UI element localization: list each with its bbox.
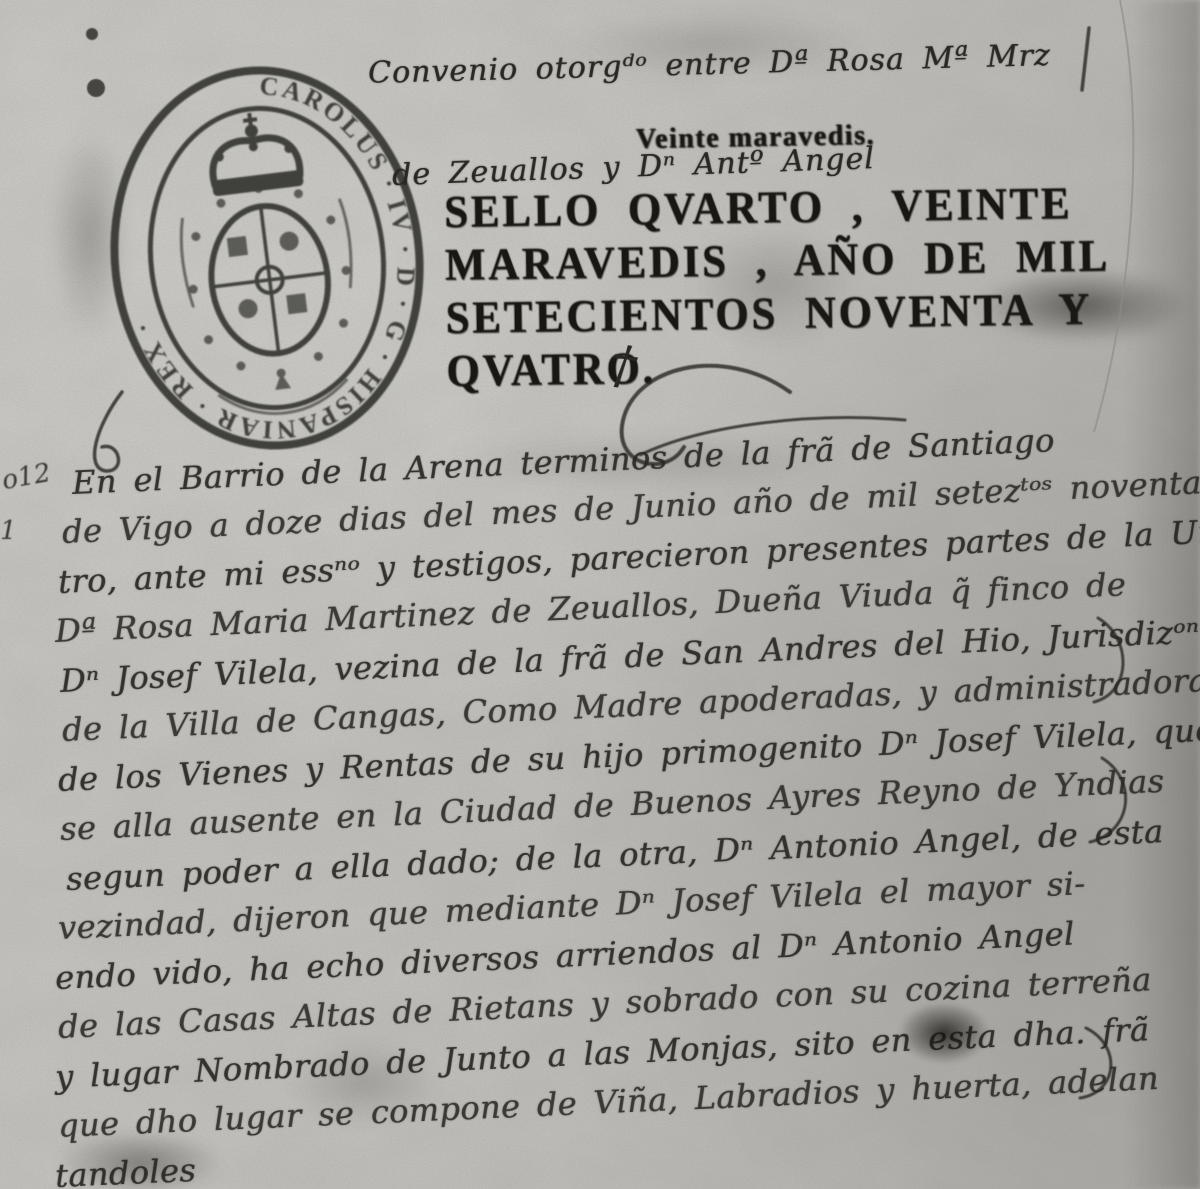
manuscript-line: tandoles bbox=[54, 1151, 197, 1189]
manuscript-page: CAROLUS · IV · D · G · HISPANIAR · REX · bbox=[0, 0, 1200, 1189]
margin-note: o12 bbox=[0, 458, 53, 496]
stamp-text-block: SELLO QVARTO , VEINTE MARAVEDIS , AÑO DE… bbox=[444, 177, 1112, 398]
stamp-line: SETECIENTOS NOVENTA Y bbox=[445, 283, 1111, 345]
royal-seal-stamp: CAROLUS · IV · D · G · HISPANIAR · REX · bbox=[92, 48, 442, 468]
seal-crown-icon bbox=[205, 108, 304, 196]
stamp-line: MARAVEDIS , AÑO DE MIL bbox=[445, 230, 1111, 292]
ink-dot bbox=[86, 28, 98, 40]
stamp-line: QVATRO. bbox=[446, 336, 1112, 398]
margin-note: 1 bbox=[0, 516, 17, 546]
stamp-line: SELLO QVARTO , VEINTE bbox=[444, 177, 1110, 239]
seal-shield-icon bbox=[203, 199, 336, 360]
stray-pen-stroke bbox=[1082, 28, 1089, 90]
header-handwritten-line1: Convenio otorgᵈᵒ entre Dª Rosa Mª Mrz bbox=[368, 38, 1051, 91]
